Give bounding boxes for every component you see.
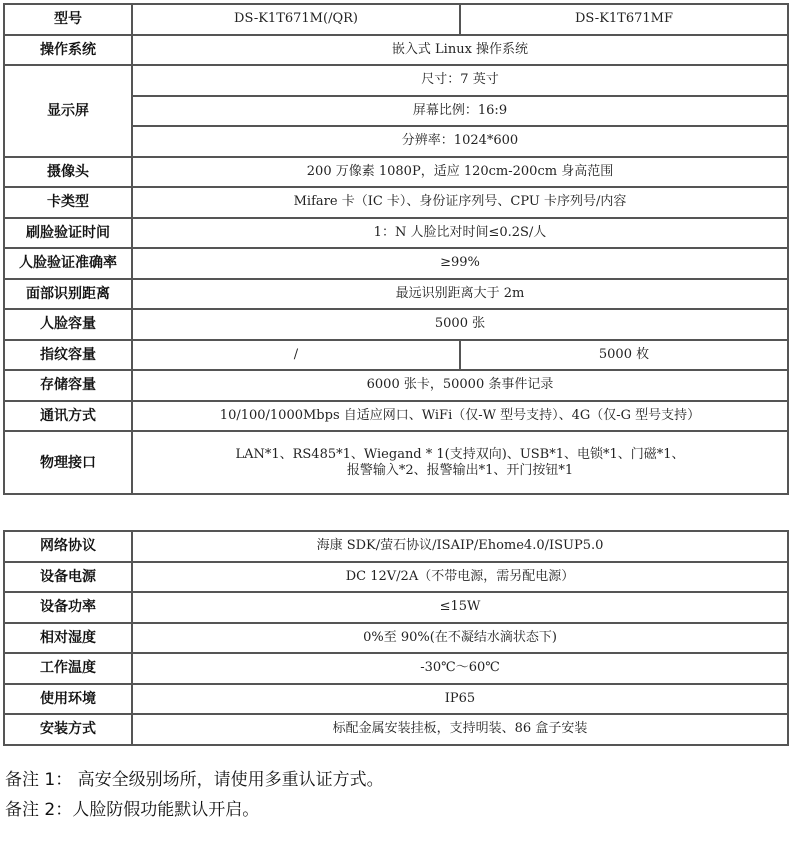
label-model: 型号 bbox=[4, 4, 132, 35]
row-protocol: 网络协议 海康 SDK/萤石协议/ISAIP/Ehome4.0/ISUP5.0 bbox=[4, 531, 788, 562]
spec-table-secondary: 网络协议 海康 SDK/萤石协议/ISAIP/Ehome4.0/ISUP5.0 … bbox=[3, 530, 789, 746]
value-display-ratio: 屏幕比例：16:9 bbox=[132, 96, 788, 127]
interfaces-line-1: LAN*1、RS485*1、Wiegand * 1(支持双向)、USB*1、电锁… bbox=[133, 447, 787, 463]
value-storage: 6000 张卡，50000 条事件记录 bbox=[132, 370, 788, 401]
label-power-consumption: 设备功率 bbox=[4, 592, 132, 623]
label-card-type: 卡类型 bbox=[4, 187, 132, 218]
row-communication: 通讯方式 10/100/1000Mbps 自适应网口、WiFi（仅-W 型号支持… bbox=[4, 401, 788, 432]
label-display: 显示屏 bbox=[4, 65, 132, 157]
row-storage: 存储容量 6000 张卡，50000 条事件记录 bbox=[4, 370, 788, 401]
row-camera: 摄像头 200 万像素 1080P，适应 120cm-200cm 身高范围 bbox=[4, 157, 788, 188]
row-face-capacity: 人脸容量 5000 张 bbox=[4, 309, 788, 340]
row-face-distance: 面部识别距离 最远识别距离大于 2m bbox=[4, 279, 788, 310]
label-face-distance: 面部识别距离 bbox=[4, 279, 132, 310]
interfaces-line-2: 报警输入*2、报警输出*1、开门按钮*1 bbox=[133, 463, 787, 479]
value-fingerprint-model-b: 5000 枚 bbox=[460, 340, 788, 371]
label-temperature: 工作温度 bbox=[4, 653, 132, 684]
label-power-supply: 设备电源 bbox=[4, 562, 132, 593]
value-camera: 200 万像素 1080P，适应 120cm-200cm 身高范围 bbox=[132, 157, 788, 188]
label-fingerprint-capacity: 指纹容量 bbox=[4, 340, 132, 371]
value-humidity: 0%至 90%(在不凝结水滴状态下) bbox=[132, 623, 788, 654]
label-environment: 使用环境 bbox=[4, 684, 132, 715]
label-camera: 摄像头 bbox=[4, 157, 132, 188]
row-temperature: 工作温度 -30℃～60℃ bbox=[4, 653, 788, 684]
model-a: DS-K1T671M(/QR) bbox=[132, 4, 460, 35]
value-interfaces: LAN*1、RS485*1、Wiegand * 1(支持双向)、USB*1、电锁… bbox=[132, 431, 788, 494]
value-communication: 10/100/1000Mbps 自适应网口、WiFi（仅-W 型号支持）、4G（… bbox=[132, 401, 788, 432]
note-1: 备注 1： 高安全级别场所，请使用多重认证方式。 bbox=[5, 765, 384, 795]
model-b: DS-K1T671MF bbox=[460, 4, 788, 35]
value-installation: 标配金属安装挂板，支持明装、86 盒子安装 bbox=[132, 714, 788, 745]
label-os: 操作系统 bbox=[4, 35, 132, 66]
value-temperature: -30℃～60℃ bbox=[132, 653, 788, 684]
value-power-supply: DC 12V/2A（不带电源，需另配电源） bbox=[132, 562, 788, 593]
value-power-consumption: ≤15W bbox=[132, 592, 788, 623]
row-installation: 安装方式 标配金属安装挂板，支持明装、86 盒子安装 bbox=[4, 714, 788, 745]
row-face-verify-time: 刷脸验证时间 1：N 人脸比对时间≤0.2S/人 bbox=[4, 218, 788, 249]
value-face-capacity: 5000 张 bbox=[132, 309, 788, 340]
value-display-resolution: 分辨率：1024*600 bbox=[132, 126, 788, 157]
label-protocol: 网络协议 bbox=[4, 531, 132, 562]
row-interfaces: 物理接口 LAN*1、RS485*1、Wiegand * 1(支持双向)、USB… bbox=[4, 431, 788, 494]
label-face-verify-time: 刷脸验证时间 bbox=[4, 218, 132, 249]
row-display-size: 显示屏 尺寸：7 英寸 bbox=[4, 65, 788, 96]
row-environment: 使用环境 IP65 bbox=[4, 684, 788, 715]
row-fingerprint-capacity: 指纹容量 / 5000 枚 bbox=[4, 340, 788, 371]
value-display-size: 尺寸：7 英寸 bbox=[132, 65, 788, 96]
label-interfaces: 物理接口 bbox=[4, 431, 132, 494]
spec-table-main: 型号 DS-K1T671M(/QR) DS-K1T671MF 操作系统 嵌入式 … bbox=[3, 3, 789, 495]
value-card-type: Mifare 卡（IC 卡）、身份证序列号、CPU 卡序列号/内容 bbox=[132, 187, 788, 218]
value-fingerprint-model-a: / bbox=[132, 340, 460, 371]
row-humidity: 相对湿度 0%至 90%(在不凝结水滴状态下) bbox=[4, 623, 788, 654]
value-environment: IP65 bbox=[132, 684, 788, 715]
value-os: 嵌入式 Linux 操作系统 bbox=[132, 35, 788, 66]
label-face-accuracy: 人脸验证准确率 bbox=[4, 248, 132, 279]
label-humidity: 相对湿度 bbox=[4, 623, 132, 654]
label-communication: 通讯方式 bbox=[4, 401, 132, 432]
row-card-type: 卡类型 Mifare 卡（IC 卡）、身份证序列号、CPU 卡序列号/内容 bbox=[4, 187, 788, 218]
row-model: 型号 DS-K1T671M(/QR) DS-K1T671MF bbox=[4, 4, 788, 35]
label-face-capacity: 人脸容量 bbox=[4, 309, 132, 340]
value-face-distance: 最远识别距离大于 2m bbox=[132, 279, 788, 310]
value-face-accuracy: ≥99% bbox=[132, 248, 788, 279]
row-os: 操作系统 嵌入式 Linux 操作系统 bbox=[4, 35, 788, 66]
row-power-supply: 设备电源 DC 12V/2A（不带电源，需另配电源） bbox=[4, 562, 788, 593]
label-installation: 安装方式 bbox=[4, 714, 132, 745]
row-face-accuracy: 人脸验证准确率 ≥99% bbox=[4, 248, 788, 279]
value-face-verify-time: 1：N 人脸比对时间≤0.2S/人 bbox=[132, 218, 788, 249]
row-power-consumption: 设备功率 ≤15W bbox=[4, 592, 788, 623]
notes-section: 备注 1： 高安全级别场所，请使用多重认证方式。 备注 2：人脸防假功能默认开启… bbox=[5, 765, 384, 825]
label-storage: 存储容量 bbox=[4, 370, 132, 401]
note-2: 备注 2：人脸防假功能默认开启。 bbox=[5, 795, 384, 825]
value-protocol: 海康 SDK/萤石协议/ISAIP/Ehome4.0/ISUP5.0 bbox=[132, 531, 788, 562]
